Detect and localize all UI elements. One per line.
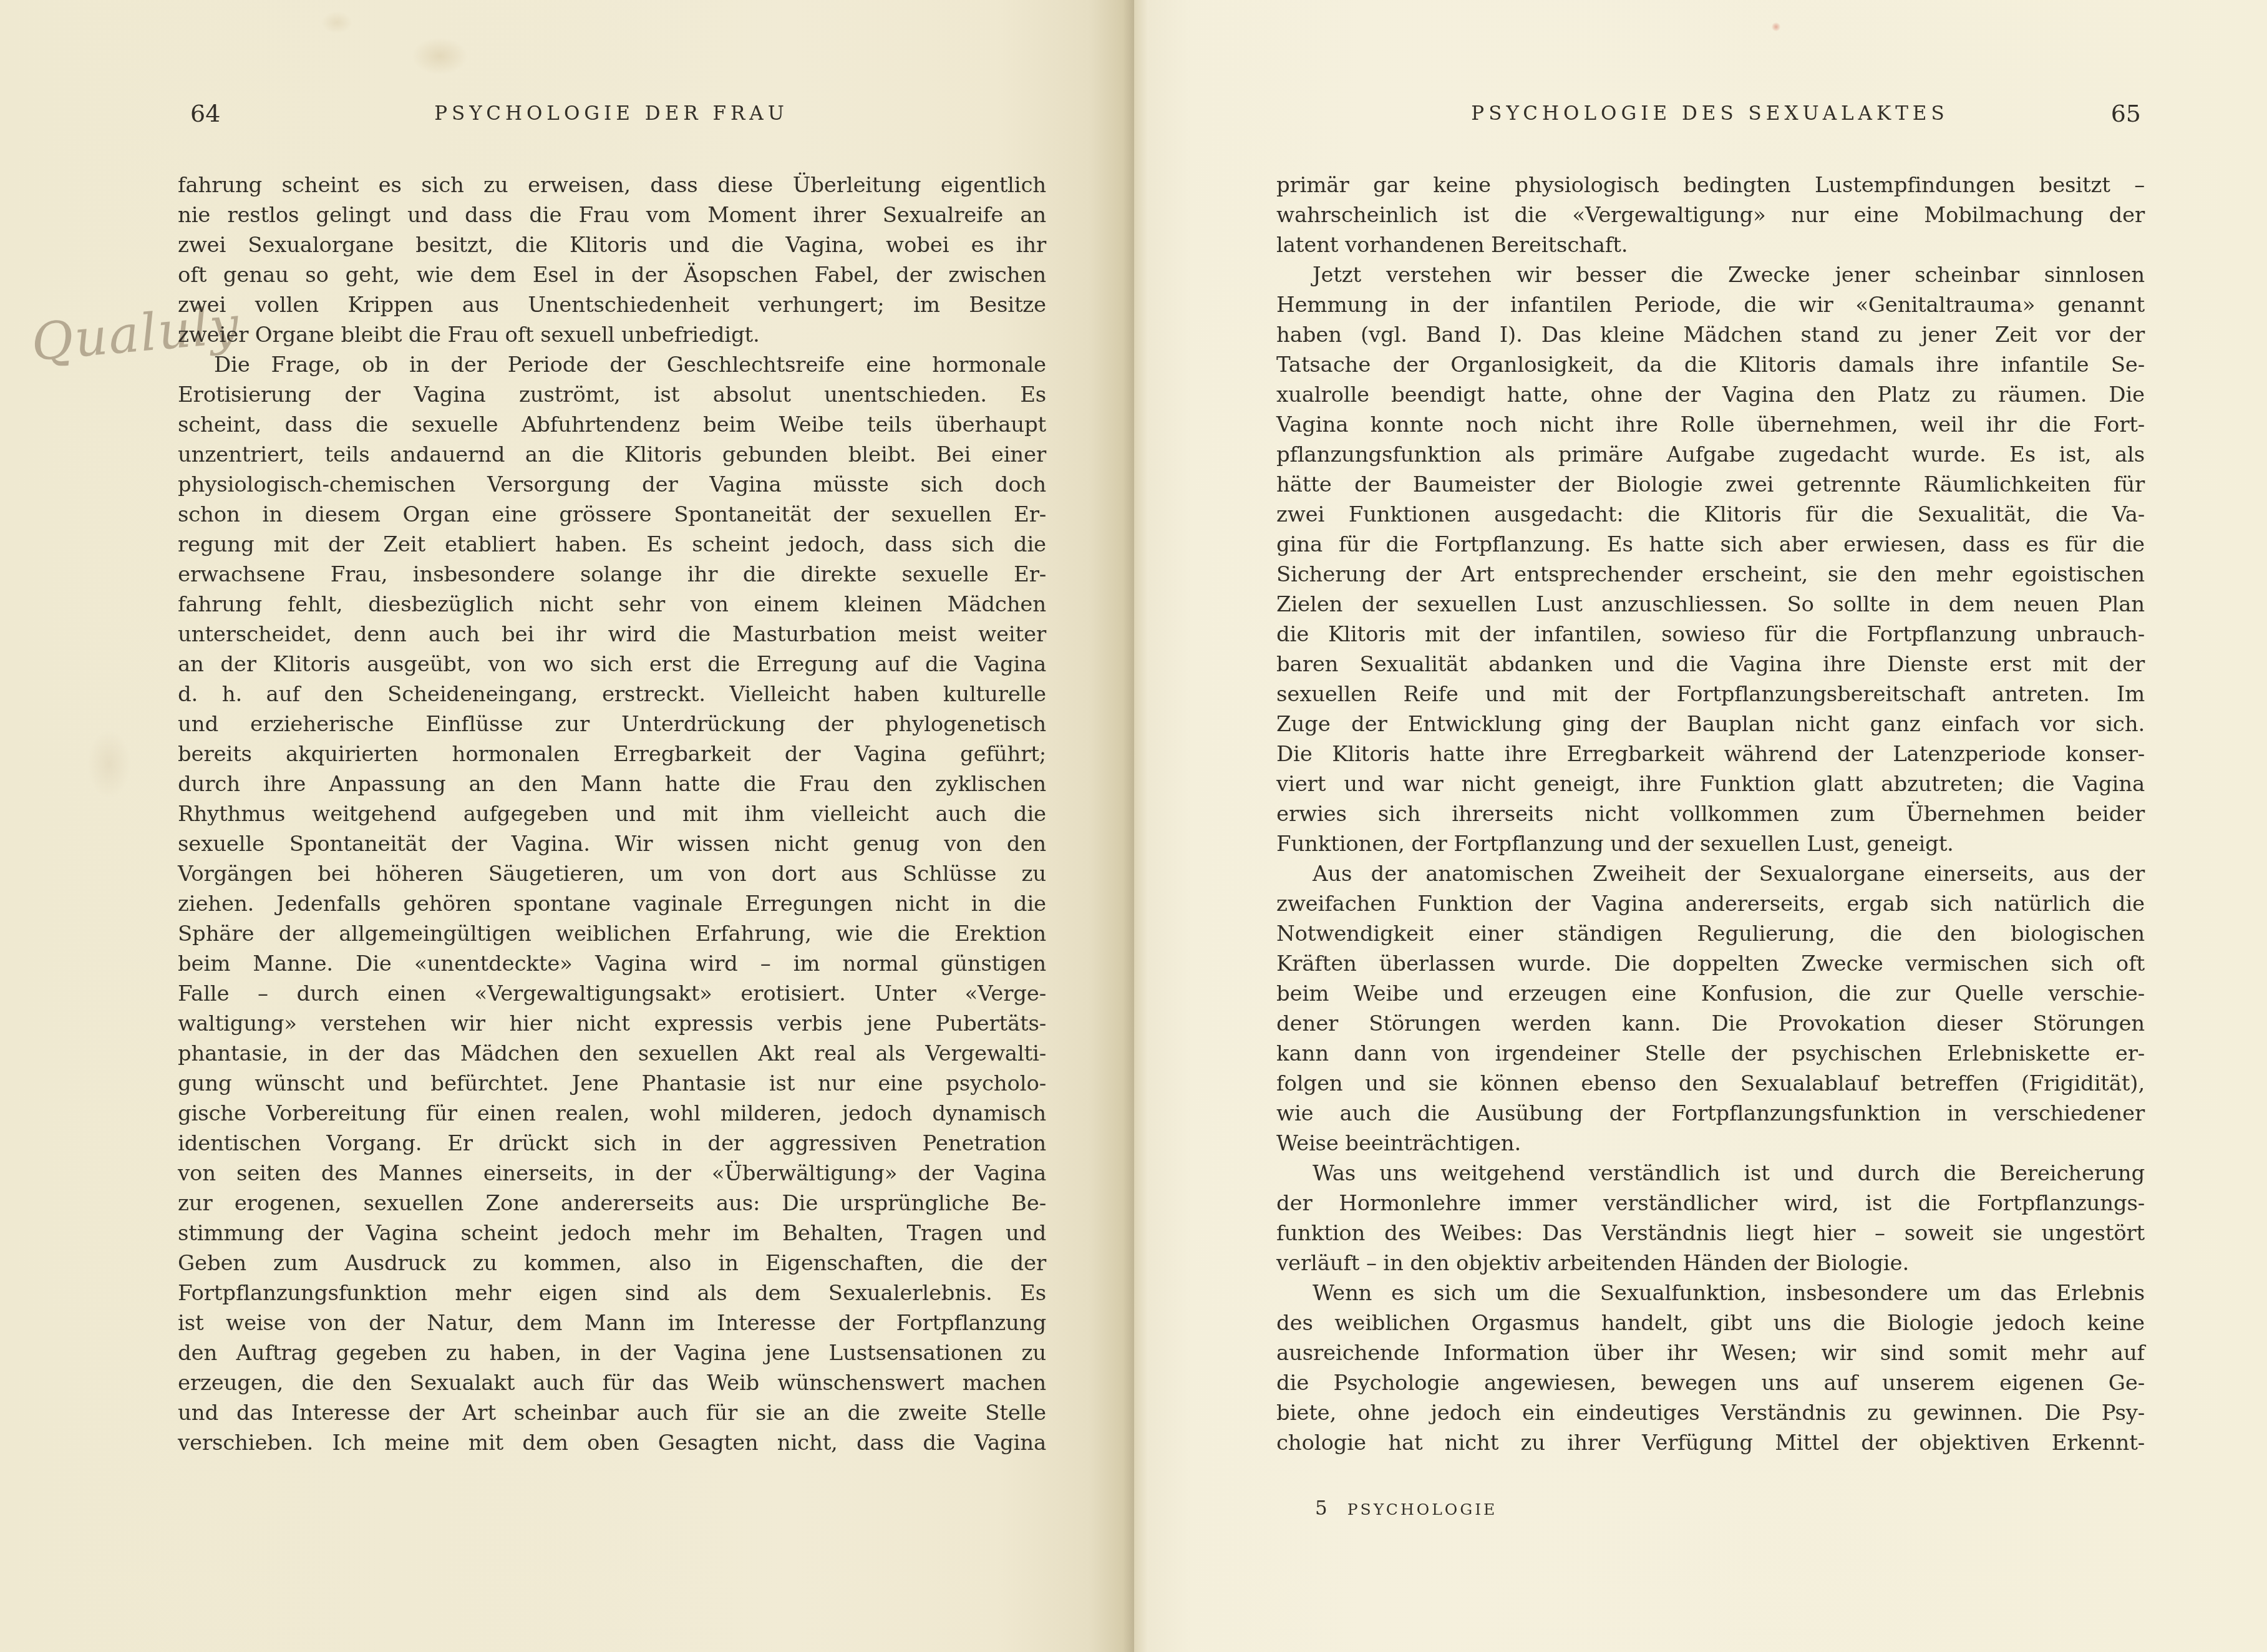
- paper-stain: [321, 11, 352, 34]
- text-line: identischen Vorgang. Er drückt sich in d…: [178, 1129, 1046, 1159]
- text-line: Notwendigkeit einer ständigen Regulierun…: [1276, 919, 2145, 949]
- text-line: durch ihre Anpassung an den Mann hatte d…: [178, 769, 1046, 799]
- text-line: viert und war nicht geneigt, ihre Funkti…: [1276, 769, 2145, 799]
- text-line: physiologisch-chemischen Versorgung der …: [178, 470, 1046, 500]
- text-line: fahrung scheint es sich zu erweisen, das…: [178, 170, 1046, 200]
- text-line: und das Interesse der Art scheinbar auch…: [178, 1398, 1046, 1428]
- text-line: die Klitoris mit der infantilen, sowieso…: [1276, 619, 2145, 649]
- text-line: zwei vollen Krippen aus Unentschiedenhei…: [178, 290, 1046, 320]
- text-line: Die Frage, ob in der Periode der Geschle…: [178, 350, 1046, 380]
- text-line: scheint, dass die sexuelle Abfuhrtendenz…: [178, 410, 1046, 440]
- text-line: regung mit der Zeit etabliert haben. Es …: [178, 530, 1046, 560]
- text-line: waltigung» verstehen wir hier nicht expr…: [178, 1009, 1046, 1039]
- text-line: bereits akquirierten hormonalen Erregbar…: [178, 739, 1046, 769]
- text-line: Kräften überlassen wurde. Die doppelten …: [1276, 949, 2145, 979]
- text-line: Vorgängen bei höheren Säugetieren, um vo…: [178, 859, 1046, 889]
- text-line: stimmung der Vagina scheint jedoch mehr …: [178, 1218, 1046, 1248]
- text-line: von seiten des Mannes einerseits, in der…: [178, 1159, 1046, 1188]
- text-line: Die Klitoris hatte ihre Erregbarkeit wäh…: [1276, 739, 2145, 769]
- text-line: erzeugen, die den Sexualakt auch für das…: [178, 1368, 1046, 1398]
- text-line: Was uns weitgehend verständlich ist und …: [1276, 1159, 2145, 1188]
- text-line: des weiblichen Orgasmus handelt, gibt un…: [1276, 1308, 2145, 1338]
- text-line: Wenn es sich um die Sexualfunktion, insb…: [1276, 1278, 2145, 1308]
- text-line: folgen und sie können ebenso den Sexuala…: [1276, 1069, 2145, 1099]
- text-line: verläuft – in den objektiv arbeitenden H…: [1276, 1248, 2145, 1278]
- text-line: kann dann von irgendeiner Stelle der psy…: [1276, 1039, 2145, 1069]
- text-line: haben (vgl. Band I). Das kleine Mädchen …: [1276, 320, 2145, 350]
- text-line: baren Sexualität abdanken und die Vagina…: [1276, 649, 2145, 679]
- text-line: Zielen der sexuellen Lust anzuschliessen…: [1276, 590, 2145, 619]
- book-spread-scan: { "book": { "left_page": { "page_number"…: [0, 0, 2267, 1652]
- paper-stain: [1772, 22, 1780, 31]
- text-line: wie auch die Ausübung der Fortpflanzungs…: [1276, 1099, 2145, 1129]
- paper-stain: [412, 37, 468, 75]
- text-line: primär gar keine physiologisch bedingten…: [1276, 170, 2145, 200]
- right-running-head: PSYCHOLOGIE DES SEXUALAKTES 65: [1276, 102, 2143, 134]
- text-line: zwei Funktionen ausgedacht: die Klitoris…: [1276, 500, 2145, 530]
- text-line: beim Weibe und erzeugen eine Konfusion, …: [1276, 979, 2145, 1009]
- text-line: Weise beeinträchtigen.: [1276, 1129, 2145, 1159]
- text-line: phantasie, in der das Mädchen den sexuel…: [178, 1039, 1046, 1069]
- text-line: verschieben. Ich meine mit dem oben Gesa…: [178, 1428, 1046, 1458]
- text-line: ist weise von der Natur, dem Mann im Int…: [178, 1308, 1046, 1338]
- text-line: schon in diesem Organ eine grössere Spon…: [178, 500, 1046, 530]
- text-line: gische Vorbereitung für einen realen, wo…: [178, 1099, 1046, 1129]
- text-line: Aus der anatomischen Zweiheit der Sexual…: [1276, 859, 2145, 889]
- text-line: Zuge der Entwicklung ging der Bauplan ni…: [1276, 709, 2145, 739]
- text-line: der Hormonlehre immer verständlicher wir…: [1276, 1188, 2145, 1218]
- right-page-number: 65: [2111, 100, 2141, 127]
- text-line: Funktionen, der Fortpflanzung und der se…: [1276, 829, 2145, 859]
- left-page-text: fahrung scheint es sich zu erweisen, das…: [178, 170, 1046, 1458]
- signature-number: 5: [1315, 1497, 1328, 1520]
- text-line: sexuellen Reife und mit der Fortpflanzun…: [1276, 679, 2145, 709]
- text-line: unterscheidet, denn auch bei ihr wird di…: [178, 619, 1046, 649]
- text-line: wahrscheinlich ist die «Vergewaltigung» …: [1276, 200, 2145, 230]
- text-line: zweier Organe bleibt die Frau oft sexuel…: [178, 320, 1046, 350]
- text-line: hätte der Baumeister der Biologie zwei g…: [1276, 470, 2145, 500]
- text-line: gina für die Fortpflanzung. Es hatte sic…: [1276, 530, 2145, 560]
- text-line: erwies sich ihrerseits nicht vollkommen …: [1276, 799, 2145, 829]
- text-line: nie restlos gelingt und dass die Frau vo…: [178, 200, 1046, 230]
- text-line: Fortpflanzungsfunktion mehr eigen sind a…: [178, 1278, 1046, 1308]
- text-line: zur erogenen, sexuellen Zone andererseit…: [178, 1188, 1046, 1218]
- text-line: erwachsene Frau, insbesondere solange ih…: [178, 560, 1046, 590]
- text-line: Geben zum Ausdruck zu kommen, also in Ei…: [178, 1248, 1046, 1278]
- text-line: und erzieherische Einflüsse zur Unterdrü…: [178, 709, 1046, 739]
- text-line: oft genau so geht, wie dem Esel in der Ä…: [178, 260, 1046, 290]
- printers-signature: 5PSYCHOLOGIE: [1315, 1497, 1497, 1520]
- right-header-title: PSYCHOLOGIE DES SEXUALAKTES: [1276, 102, 2143, 125]
- text-line: zweifachen Funktion der Vagina andererse…: [1276, 889, 2145, 919]
- text-line: Rhythmus weitgehend aufgegeben und mit i…: [178, 799, 1046, 829]
- text-line: xualrolle beendigt hatte, ohne der Vagin…: [1276, 380, 2145, 410]
- text-line: Erotisierung der Vagina zuströmt, ist ab…: [178, 380, 1046, 410]
- paper-stain: [87, 730, 131, 799]
- signature-text: PSYCHOLOGIE: [1347, 1500, 1498, 1518]
- text-line: ausreichende Information über ihr Wesen;…: [1276, 1338, 2145, 1368]
- text-line: den Auftrag gegeben zu haben, in der Vag…: [178, 1338, 1046, 1368]
- text-line: fahrung fehlt, diesbezüglich nicht sehr …: [178, 590, 1046, 619]
- left-header-title: PSYCHOLOGIE DER FRAU: [178, 102, 1045, 125]
- text-line: gung wünscht und befürchtet. Jene Phanta…: [178, 1069, 1046, 1099]
- text-line: die Psychologie angewiesen, bewegen uns …: [1276, 1368, 2145, 1398]
- text-line: an der Klitoris ausgeübt, von wo sich er…: [178, 649, 1046, 679]
- text-line: beim Manne. Die «unentdeckte» Vagina wir…: [178, 949, 1046, 979]
- text-line: Sicherung der Art entsprechender erschei…: [1276, 560, 2145, 590]
- text-line: dener Störungen werden kann. Die Provoka…: [1276, 1009, 2145, 1039]
- text-line: chologie hat nicht zu ihrer Verfügung Mi…: [1276, 1428, 2145, 1458]
- text-line: Vagina konnte noch nicht ihre Rolle über…: [1276, 410, 2145, 440]
- text-line: zwei Sexualorgane besitzt, die Klitoris …: [178, 230, 1046, 260]
- text-line: sexuelle Spontaneität der Vagina. Wir wi…: [178, 829, 1046, 859]
- text-line: Hemmung in der infantilen Periode, die w…: [1276, 290, 2145, 320]
- text-line: unzentriert, teils andauernd an die Klit…: [178, 440, 1046, 470]
- right-page-text: primär gar keine physiologisch bedingten…: [1276, 170, 2145, 1458]
- text-line: Sphäre der allgemeingültigen weiblichen …: [178, 919, 1046, 949]
- text-line: d. h. auf den Scheideneingang, erstreckt…: [178, 679, 1046, 709]
- text-line: Tatsache der Organlosigkeit, da die Klit…: [1276, 350, 2145, 380]
- text-line: ziehen. Jedenfalls gehören spontane vagi…: [178, 889, 1046, 919]
- text-line: Falle – durch einen «Vergewaltigungsakt»…: [178, 979, 1046, 1009]
- text-line: latent vorhandenen Bereitschaft.: [1276, 230, 2145, 260]
- text-line: biete, ohne jedoch ein eindeutiges Verst…: [1276, 1398, 2145, 1428]
- text-line: funktion des Weibes: Das Verständnis lie…: [1276, 1218, 2145, 1248]
- left-running-head: 64 PSYCHOLOGIE DER FRAU: [178, 102, 1045, 134]
- left-page-number: 64: [190, 100, 220, 127]
- text-line: Jetzt verstehen wir besser die Zwecke je…: [1276, 260, 2145, 290]
- text-line: pflanzungsfunktion als primäre Aufgabe z…: [1276, 440, 2145, 470]
